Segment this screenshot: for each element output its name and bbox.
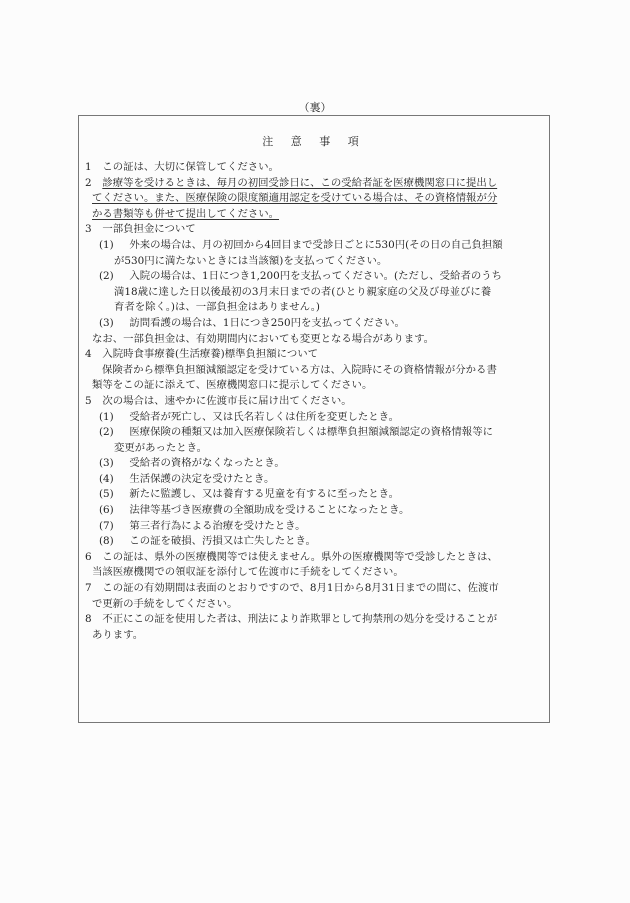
notice-subitem: (6) 法律等基づき医療費の全額助成を受けることになったとき。 bbox=[85, 503, 543, 519]
notice-subitem: (7) 第三者行為による治療を受けたとき。 bbox=[85, 519, 543, 535]
notice-subitem: (8) この証を破損、汚損又は亡失したとき。 bbox=[85, 534, 543, 550]
notice-subitem: (4) 生活保護の決定を受けたとき。 bbox=[85, 472, 543, 488]
notice-item-8: 8 不正にこの証を使用した者は、刑法により詐欺罪として拘禁刑の処分を受けることが… bbox=[85, 612, 543, 643]
notice-subitem: (2) 入院の場合は、1日につき1,200円を支払ってください。(ただし、受給者… bbox=[85, 269, 543, 285]
notice-title: 注 意 事 項 bbox=[79, 133, 549, 149]
notice-subitem: (3) 訪問看護の場合は、1日につき250円を支払ってください。 bbox=[85, 316, 543, 332]
notice-item-6: 6 この証は、県外の医療機関等では使えません。県外の医療機関等で受診したときは、… bbox=[85, 550, 543, 581]
notice-item-4: 4 入院時食事療養(生活療養)標準負担額について 保険者から標準負担額減額認定を… bbox=[85, 347, 543, 394]
page-side-label: （裏） bbox=[0, 99, 630, 115]
notice-subitem: (1) 外来の場合は、月の初回から4回目まで受診日ごとに530円(その日の自己負… bbox=[85, 238, 543, 254]
notice-note: なお、一部負担金は、有効期間内においても変更となる場合があります。 bbox=[85, 332, 543, 348]
notice-subitem: (3) 受給者の資格がなくなったとき。 bbox=[85, 456, 543, 472]
notice-item-2: 2 診療等を受けるときは、毎月の初回受診日に、この受給者証を医療機関窓口に提出し… bbox=[85, 176, 543, 223]
notice-item-1: 1 この証は、大切に保管してください。 bbox=[85, 160, 543, 176]
notice-content: 1 この証は、大切に保管してください。 2 診療等を受けるときは、毎月の初回受診… bbox=[85, 160, 543, 643]
notice-item-5: 5 次の場合は、速やかに佐渡市長に届け出てください。 (1) 受給者が死亡し、又… bbox=[85, 394, 543, 550]
notice-box: 注 意 事 項 1 この証は、大切に保管してください。 2 診療等を受けるときは… bbox=[78, 115, 550, 723]
notice-item-3: 3 一部負担金について (1) 外来の場合は、月の初回から4回目まで受診日ごとに… bbox=[85, 222, 543, 347]
notice-subitem: (1) 受給者が死亡し、又は氏名若しくは住所を変更したとき。 bbox=[85, 410, 543, 426]
notice-subitem: (5) 新たに監護し、又は養育する児童を有するに至ったとき。 bbox=[85, 487, 543, 503]
notice-item-7: 7 この証の有効期間は表面のとおりですので、8月1日から8月31日までの間に、佐… bbox=[85, 581, 543, 612]
notice-subitem: (2) 医療保険の種類又は加入医療保険若しくは標準負担額減額認定の資格情報等に bbox=[85, 425, 543, 441]
